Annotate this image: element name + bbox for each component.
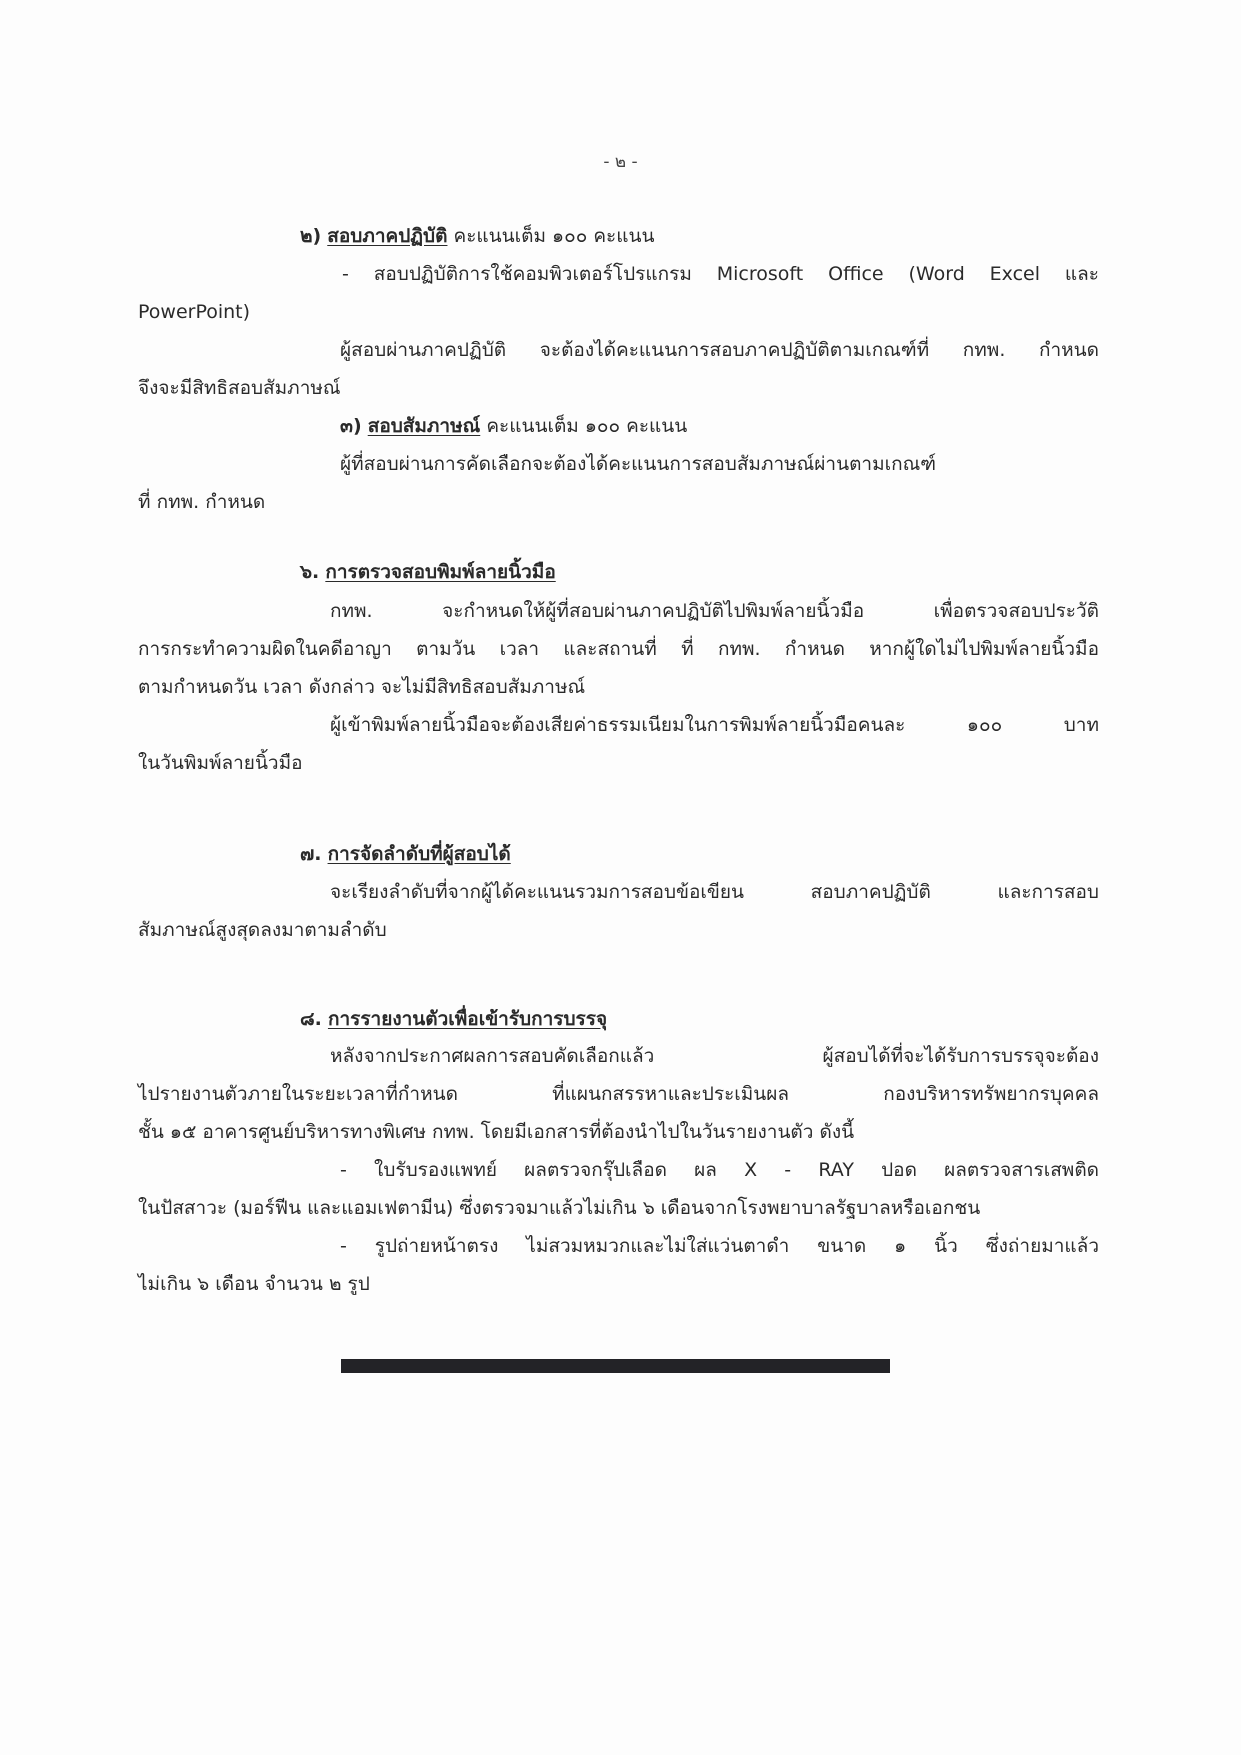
- reporting-line-4: - ใบรับรองแพทย์ ผลตรวจกรุ๊ปเลือด ผล X - …: [340, 1156, 1099, 1184]
- document-page: - ๒ - ๒) สอบภาคปฏิบัติ คะแนนเต็ม ๑๐๐ คะแ…: [0, 0, 1241, 1755]
- interview-line-2: ที่ กทพ. กำหนด: [138, 488, 265, 516]
- practical-exam-number: ๒): [300, 225, 321, 247]
- reporting-line-5: ในปัสสาวะ (มอร์ฟีน และแอมเฟตามีน) ซึ่งตร…: [138, 1194, 980, 1222]
- practical-exam-heading: ๒) สอบภาคปฏิบัติ คะแนนเต็ม ๑๐๐ คะแนน: [300, 222, 654, 250]
- ranking-number: ๗.: [300, 843, 322, 865]
- practical-exam-line-2: PowerPoint): [138, 298, 250, 326]
- practical-exam-line-4: จึงจะมีสิทธิสอบสัมภาษณ์: [138, 374, 341, 402]
- fingerprint-line-3: ตามกำหนดวัน เวลา ดังกล่าว จะไม่มีสิทธิสอ…: [138, 673, 585, 701]
- fingerprint-line-4: ผู้เข้าพิมพ์ลายนิ้วมือจะต้องเสียค่าธรรมเ…: [330, 711, 1099, 739]
- ranking-title: การจัดลำดับที่ผู้สอบได้: [328, 843, 511, 865]
- ranking-line-2: สัมภาษณ์สูงสุดลงมาตามลำดับ: [138, 916, 387, 944]
- fingerprint-line-5: ในวันพิมพ์ลายนิ้วมือ: [138, 749, 303, 777]
- reporting-line-1: หลังจากประกาศผลการสอบคัดเลือกแล้ว ผู้สอบ…: [330, 1042, 1099, 1070]
- page-number: - ๒ -: [0, 148, 1241, 175]
- interview-score: คะแนนเต็ม ๑๐๐ คะแนน: [486, 415, 687, 437]
- reporting-line-3: ชั้น ๑๕ อาคารศูนย์บริหารทางพิเศษ กทพ. โด…: [138, 1118, 854, 1146]
- interview-number: ๓): [340, 415, 362, 437]
- interview-title: สอบสัมภาษณ์: [368, 415, 481, 437]
- interview-line-1: ผู้ที่สอบผ่านการคัดเลือกจะต้องได้คะแนนกา…: [340, 450, 1099, 478]
- reporting-title: การรายงานตัวเพื่อเข้ารับการบรรจุ: [328, 1008, 607, 1030]
- practical-exam-title: สอบภาคปฏิบัติ: [327, 225, 447, 247]
- fingerprint-title: การตรวจสอบพิมพ์ลายนิ้วมือ: [325, 561, 555, 583]
- fingerprint-line-2: การกระทำความผิดในคดีอาญา ตามวัน เวลา และ…: [138, 635, 1099, 663]
- practical-exam-line-3: ผู้สอบผ่านภาคปฏิบัติ จะต้องได้คะแนนการสอ…: [340, 336, 1099, 364]
- reporting-heading: ๘. การรายงานตัวเพื่อเข้ารับการบรรจุ: [300, 1005, 607, 1033]
- end-divider: [341, 1359, 890, 1373]
- practical-exam-line-1: - สอบปฏิบัติการใช้คอมพิวเตอร์โปรแกรม Mic…: [342, 260, 1099, 288]
- fingerprint-line-1: กทพ. จะกำหนดให้ผู้ที่สอบผ่านภาคปฏิบัติไป…: [330, 597, 1099, 625]
- ranking-line-1: จะเรียงลำดับที่จากผู้ได้คะแนนรวมการสอบข้…: [330, 878, 1099, 906]
- fingerprint-number: ๖.: [300, 561, 319, 583]
- ranking-heading: ๗. การจัดลำดับที่ผู้สอบได้: [300, 840, 511, 868]
- practical-exam-score: คะแนนเต็ม ๑๐๐ คะแนน: [454, 225, 655, 247]
- interview-heading: ๓) สอบสัมภาษณ์ คะแนนเต็ม ๑๐๐ คะแนน: [340, 412, 687, 440]
- reporting-line-7: ไม่เกิน ๖ เดือน จำนวน ๒ รูป: [138, 1270, 370, 1298]
- reporting-line-6: - รูปถ่ายหน้าตรง ไม่สวมหมวกและไม่ใส่แว่น…: [340, 1232, 1099, 1260]
- reporting-line-2: ไปรายงานตัวภายในระยะเวลาที่กำหนด ที่แผนก…: [138, 1080, 1099, 1108]
- reporting-number: ๘.: [300, 1008, 322, 1030]
- fingerprint-heading: ๖. การตรวจสอบพิมพ์ลายนิ้วมือ: [300, 558, 556, 586]
